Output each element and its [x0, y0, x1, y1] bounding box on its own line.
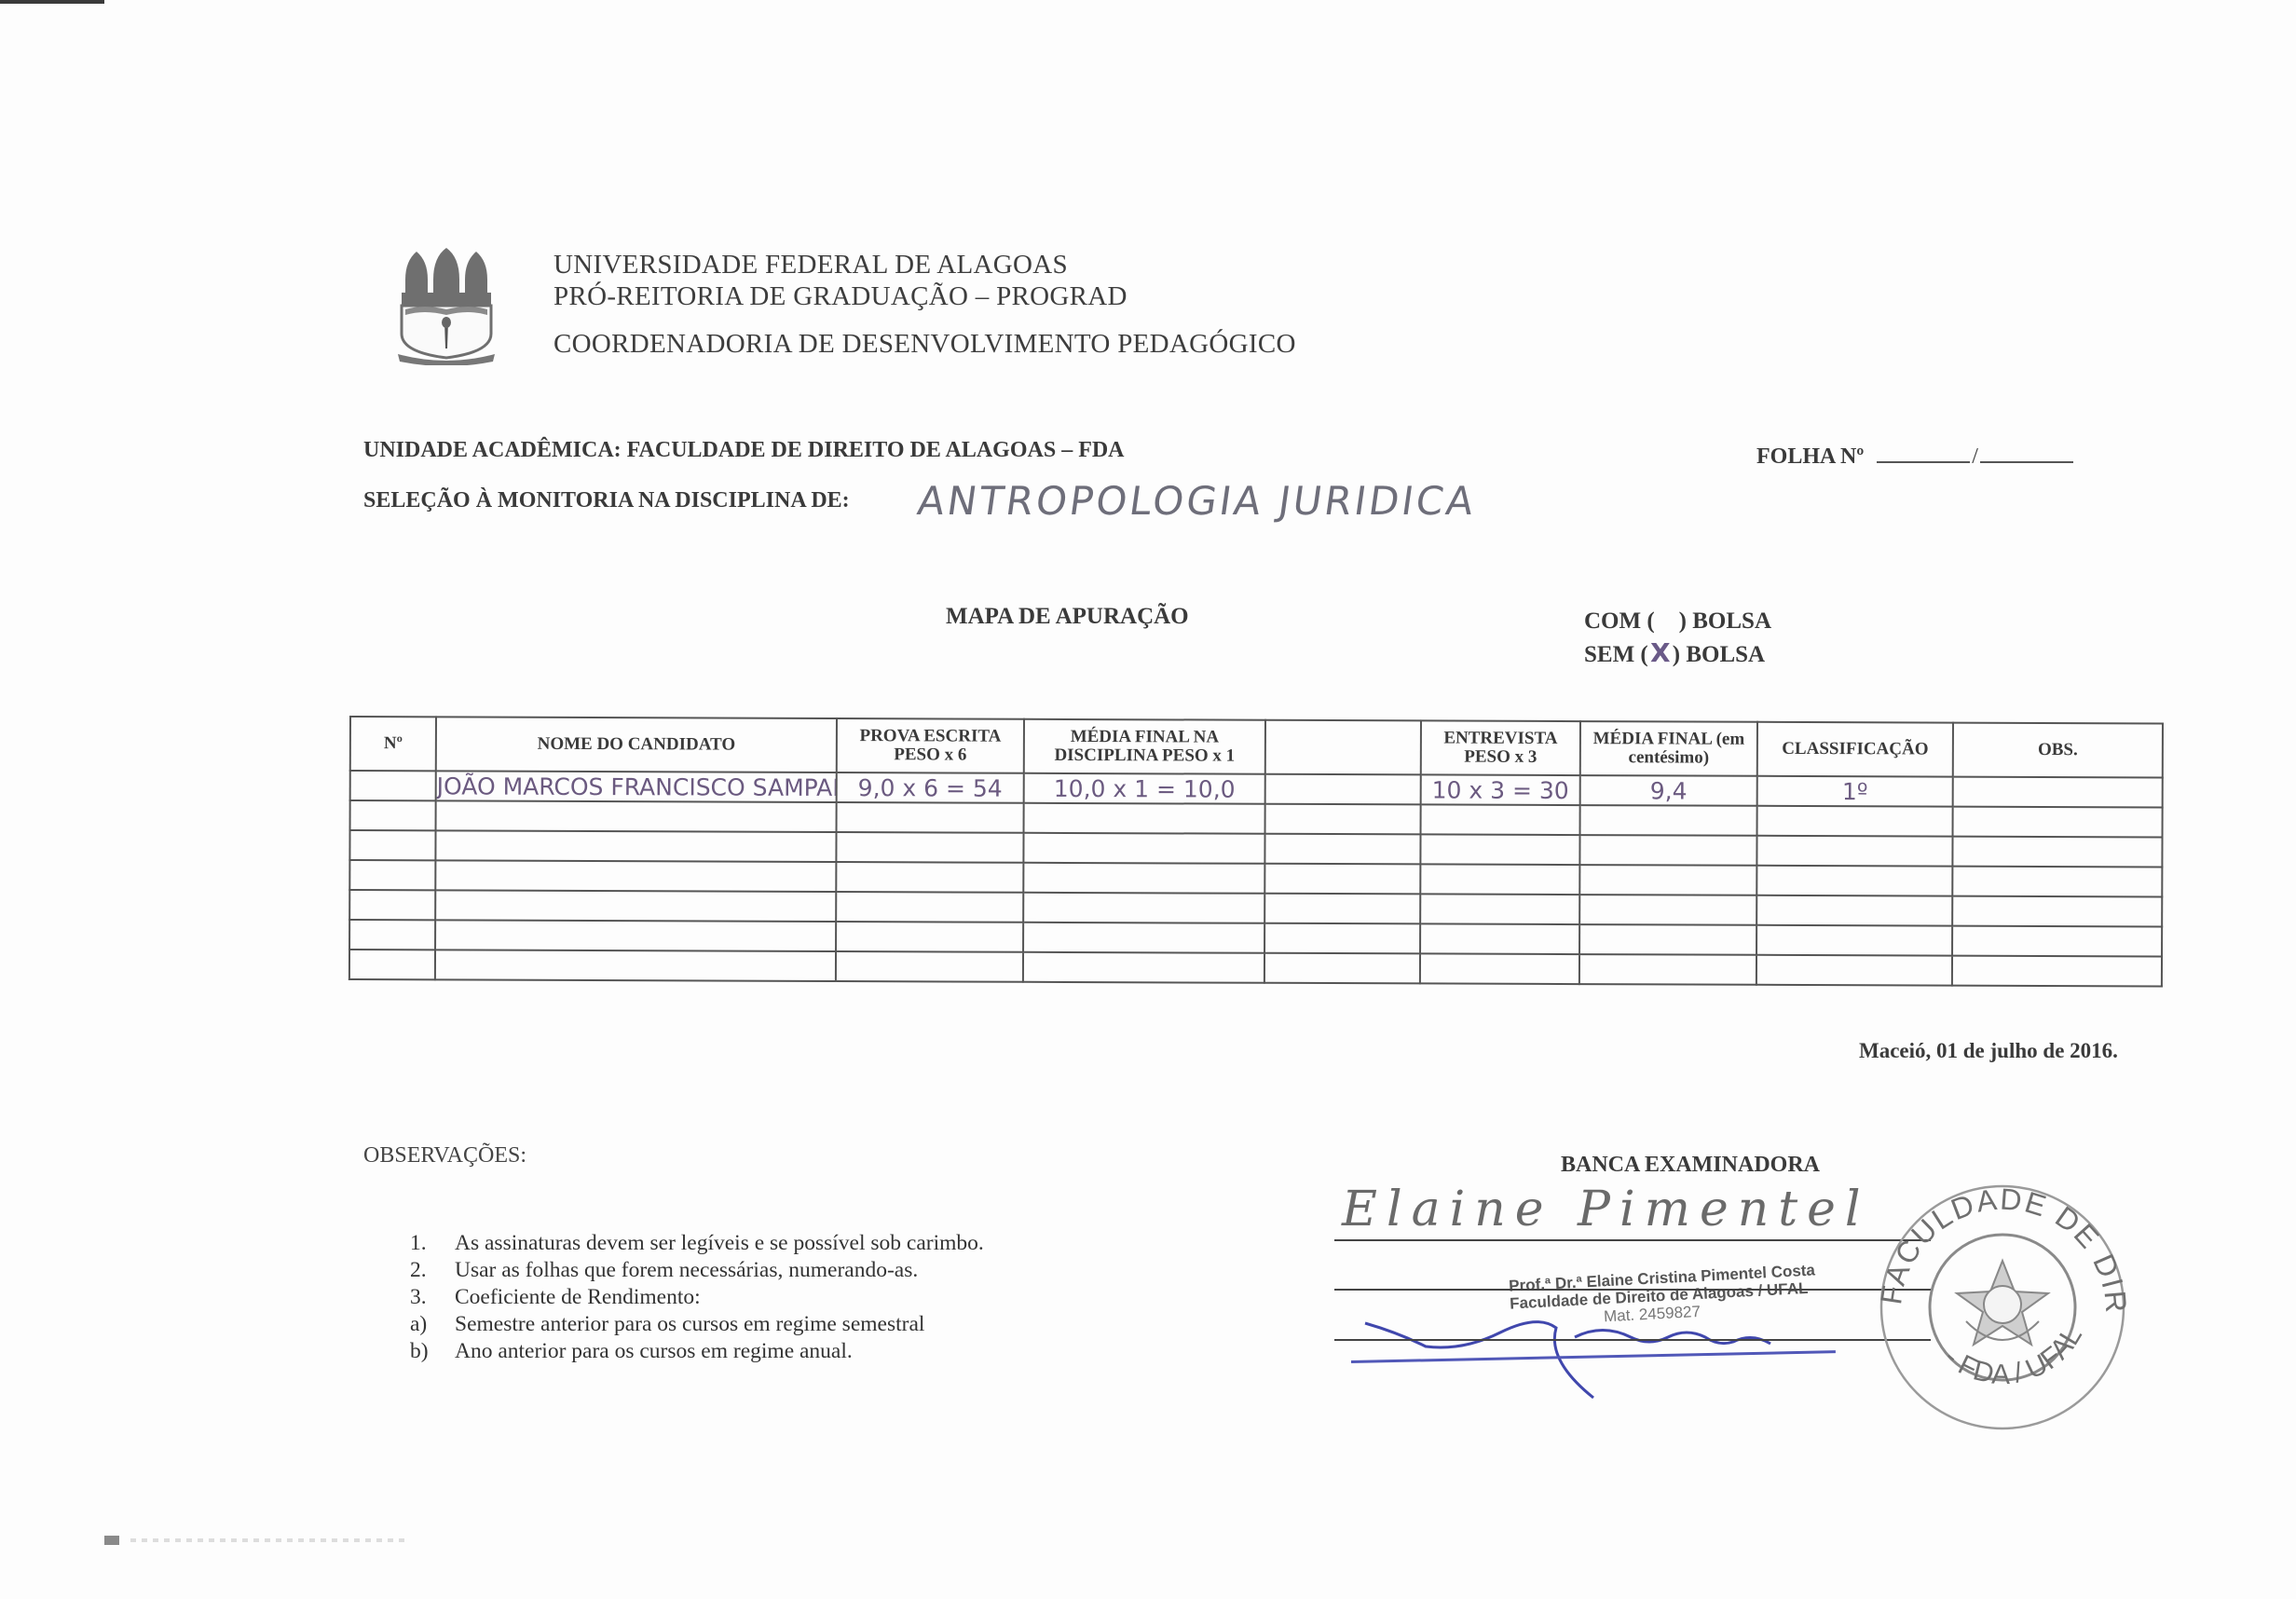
- observacoes-title: OBSERVAÇÕES:: [363, 1143, 526, 1168]
- observacao-text: Semestre anterior para os cursos em regi…: [455, 1311, 924, 1338]
- cell-classificacao[interactable]: 1º: [1757, 776, 1953, 807]
- mapa-apuracao-table: Nº NOME DO CANDIDATO PROVA ESCRITA PESO …: [348, 716, 2164, 987]
- cell-prova-escrita[interactable]: [837, 802, 1024, 833]
- cell-nome[interactable]: JOÃO MARCOS FRANCISCO SAMPAIO: [436, 771, 837, 802]
- observacao-marker: 1.: [410, 1230, 455, 1257]
- cell-prova-escrita[interactable]: [836, 951, 1023, 982]
- cell-blank[interactable]: [1265, 774, 1421, 805]
- scan-artifact-top: [0, 0, 104, 4]
- observacao-text: Coeficiente de Rendimento:: [455, 1284, 701, 1311]
- cell-entrevista[interactable]: [1420, 923, 1579, 954]
- cell-media-final[interactable]: 9,4: [1580, 775, 1757, 806]
- cell-obs[interactable]: [1953, 807, 2163, 838]
- cell-entrevista[interactable]: [1420, 894, 1579, 924]
- cell-media-final[interactable]: [1580, 805, 1757, 836]
- sem-bolsa-option[interactable]: SEM (X) BOLSA: [1584, 637, 1765, 668]
- header-media-disciplina: MÉDIA FINAL NA DISCIPLINA PESO x 1: [1024, 719, 1265, 774]
- cell-nome[interactable]: [435, 920, 836, 951]
- sem-bolsa-checkbox[interactable]: X: [1648, 637, 1673, 668]
- unidade-academica-label: UNIDADE ACADÊMICA: FACULDADE DE DIREITO …: [363, 438, 1125, 463]
- com-bolsa-option[interactable]: COM () BOLSA: [1584, 608, 1771, 635]
- header-nome-candidato: NOME DO CANDIDATO: [436, 717, 837, 772]
- cell-entrevista[interactable]: [1420, 953, 1579, 984]
- observacao-marker: 2.: [410, 1257, 455, 1284]
- sem-bolsa-prefix: SEM (: [1584, 642, 1648, 667]
- cell-prova-escrita[interactable]: [836, 862, 1023, 893]
- cell-media-final[interactable]: [1579, 954, 1756, 985]
- cell-media-disciplina[interactable]: [1023, 863, 1264, 894]
- cell-media-disciplina[interactable]: [1023, 893, 1264, 923]
- observacoes-list: 1.As assinaturas devem ser legíveis e se…: [410, 1230, 984, 1365]
- cell-entrevista[interactable]: [1420, 834, 1579, 865]
- cell-obs[interactable]: [1953, 777, 2163, 808]
- cell-nome[interactable]: [435, 890, 836, 922]
- cell-prova-escrita[interactable]: [836, 892, 1023, 922]
- cell-blank[interactable]: [1264, 894, 1420, 924]
- mapa-title: MAPA DE APURAÇÃO: [946, 604, 1189, 630]
- cell-obs[interactable]: [1952, 956, 2162, 987]
- cell-prova-escrita[interactable]: 9,0 x 6 = 54: [837, 772, 1024, 803]
- cell-entrevista[interactable]: 10 x 3 = 30: [1421, 774, 1580, 805]
- header-blank: [1265, 720, 1421, 775]
- date-location: Maceió, 01 de julho de 2016.: [1859, 1039, 2118, 1063]
- cell-media-disciplina[interactable]: [1024, 803, 1265, 834]
- disciplina-field[interactable]: ANTROPOLOGIA JURIDICA: [915, 478, 1480, 524]
- sem-bolsa-suffix: ) BOLSA: [1673, 642, 1765, 667]
- cell-blank[interactable]: [1265, 804, 1421, 835]
- observacao-text: As assinaturas devem ser legíveis e se p…: [455, 1230, 984, 1257]
- header-obs: OBS.: [1953, 723, 2163, 778]
- cell-classificacao[interactable]: [1756, 925, 1952, 956]
- observacao-marker: a): [410, 1311, 455, 1338]
- cell-numero[interactable]: [349, 830, 435, 860]
- cell-entrevista[interactable]: [1421, 804, 1580, 835]
- folha-label: FOLHA Nº: [1756, 444, 1864, 469]
- cell-media-disciplina[interactable]: [1023, 833, 1264, 864]
- cell-classificacao[interactable]: [1756, 866, 1952, 896]
- cell-classificacao[interactable]: [1757, 806, 1953, 837]
- cell-obs[interactable]: [1952, 837, 2162, 868]
- cell-numero[interactable]: [349, 890, 435, 920]
- cell-numero[interactable]: [349, 920, 435, 950]
- cell-nome[interactable]: [436, 800, 837, 832]
- cell-nome[interactable]: [435, 950, 836, 981]
- observacao-marker: 3.: [410, 1284, 455, 1311]
- cell-media-disciplina[interactable]: 10,0 x 1 = 10,0: [1024, 773, 1265, 804]
- scan-artifact-bottom: [104, 1536, 119, 1545]
- selecao-monitoria-label: SELEÇÃO À MONITORIA NA DISCIPLINA DE:: [363, 488, 850, 513]
- cell-blank[interactable]: [1264, 953, 1420, 984]
- pro-reitoria-name: PRÓ-REITORIA DE GRADUAÇÃO – PROGRAD: [553, 281, 1127, 312]
- cell-prova-escrita[interactable]: [836, 922, 1023, 952]
- cell-numero[interactable]: [349, 860, 435, 890]
- header-numero: Nº: [350, 717, 436, 771]
- signature-line-1[interactable]: [1334, 1239, 1931, 1241]
- cell-media-final[interactable]: [1579, 835, 1756, 866]
- university-name: UNIVERSIDADE FEDERAL DE ALAGOAS: [553, 250, 1068, 280]
- observacao-text: Ano anterior para os cursos em regime an…: [455, 1338, 853, 1365]
- cell-obs[interactable]: [1952, 926, 2162, 957]
- coordenadoria-name: COORDENADORIA DE DESENVOLVIMENTO PEDAGÓG…: [553, 329, 1296, 360]
- signature-line-2[interactable]: [1334, 1289, 1931, 1291]
- observacao-text: Usar as folhas que forem necessárias, nu…: [455, 1257, 918, 1284]
- cell-media-final[interactable]: [1579, 865, 1756, 895]
- cell-blank[interactable]: [1264, 834, 1420, 865]
- cell-numero[interactable]: [350, 800, 436, 830]
- observacao-item: b)Ano anterior para os cursos em regime …: [410, 1338, 984, 1365]
- signature-line-3[interactable]: [1334, 1339, 1931, 1341]
- header-entrevista: ENTREVISTA PESO x 3: [1421, 720, 1580, 775]
- cell-classificacao[interactable]: [1756, 955, 1952, 986]
- header-media-final: MÉDIA FINAL (em centésimo): [1580, 721, 1757, 776]
- fda-ufal-stamp: FACULDADE DE DIREITO DE ALAGOAS - FDA / …: [1873, 1172, 2132, 1431]
- cell-obs[interactable]: [1952, 896, 2162, 927]
- cell-classificacao[interactable]: [1756, 836, 1952, 867]
- folha-number-field[interactable]: [1877, 444, 1970, 463]
- cell-prova-escrita[interactable]: [836, 832, 1023, 863]
- observacao-item: 2.Usar as folhas que forem necessárias, …: [410, 1257, 984, 1284]
- observacao-item: 3.Coeficiente de Rendimento:: [410, 1284, 984, 1311]
- brazil-coat-of-arms-icon: [1957, 1261, 2048, 1345]
- cell-media-disciplina[interactable]: [1023, 952, 1264, 983]
- folha-number: FOLHA Nº /: [1756, 444, 2073, 470]
- folha-total-field[interactable]: [1980, 444, 2073, 463]
- cell-nome[interactable]: [435, 830, 836, 862]
- cell-obs[interactable]: [1952, 867, 2162, 897]
- cell-nome[interactable]: [435, 860, 836, 892]
- header-prova-escrita: PROVA ESCRITA PESO x 6: [837, 718, 1024, 773]
- cell-media-disciplina[interactable]: [1023, 922, 1264, 953]
- cell-media-final[interactable]: [1579, 895, 1756, 925]
- observacao-item: a)Semestre anterior para os cursos em re…: [410, 1311, 984, 1338]
- cell-blank[interactable]: [1264, 864, 1420, 895]
- cell-entrevista[interactable]: [1420, 864, 1579, 895]
- com-bolsa-prefix: COM (: [1584, 608, 1655, 634]
- banca-examinadora-title: BANCA EXAMINADORA: [1561, 1153, 1820, 1178]
- ufal-coat-of-arms-icon: [396, 244, 497, 365]
- observacao-marker: b): [410, 1338, 455, 1365]
- table-row: [349, 950, 2162, 986]
- cell-classificacao[interactable]: [1756, 895, 1952, 926]
- observacao-item: 1.As assinaturas devem ser legíveis e se…: [410, 1230, 984, 1257]
- scan-artifact-dots: [130, 1538, 410, 1542]
- cell-numero[interactable]: [350, 771, 436, 800]
- folha-separator: /: [1972, 444, 1978, 469]
- com-bolsa-suffix: ) BOLSA: [1679, 608, 1771, 634]
- cell-blank[interactable]: [1264, 923, 1420, 954]
- header-classificacao: CLASSIFICAÇÃO: [1757, 722, 1953, 777]
- cell-numero[interactable]: [349, 950, 435, 979]
- signature-1: Elaine Pimentel: [1342, 1182, 1870, 1237]
- table-header-row: Nº NOME DO CANDIDATO PROVA ESCRITA PESO …: [350, 717, 2163, 777]
- cell-media-final[interactable]: [1579, 924, 1756, 955]
